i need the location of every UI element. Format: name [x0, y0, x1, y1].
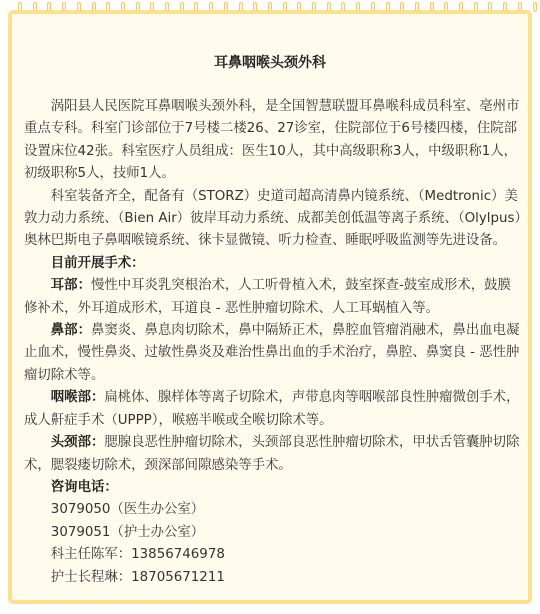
surgery-nose: 鼻部：鼻窦炎、鼻息肉切除术，鼻中隔矫正术，鼻腔血管瘤消融术，鼻出血电凝止血术，慢…	[24, 320, 522, 387]
contact-line: 科主任陈军：13856746978	[24, 544, 522, 566]
contact-line: 3079050（医生办公室）	[24, 499, 522, 521]
surgery-text: 鼻窦炎、鼻息肉切除术，鼻中隔矫正术，鼻腔血管瘤消融术，鼻出血电凝止血术，慢性鼻炎…	[24, 323, 519, 383]
surgeries-heading: 目前开展手术：	[24, 253, 522, 275]
contact-line: 护士长程琳：18705671211	[24, 567, 522, 589]
equipment-paragraph: 科室装备齐全，配备有（STORZ）史道司超高清鼻内镜系统、（Medtronic）…	[24, 186, 522, 253]
surgery-ear: 耳部：慢性中耳炎乳突根治术，人工听骨植入术，鼓室探查-鼓室成形术，鼓膜修补术，外…	[24, 275, 522, 320]
content-body: 涡阳县人民医院耳鼻咽喉头颈外科，是全国智慧联盟耳鼻喉科成员科室、亳州市重点专科。…	[24, 96, 522, 589]
surgery-head-neck: 头颈部：腮腺良恶性肿瘤切除术，头颈部良恶性肿瘤切除术，甲状舌管囊肿切除术，腮裂瘘…	[24, 432, 522, 477]
surgery-label: 鼻部：	[51, 323, 91, 338]
surgery-label: 耳部：	[51, 278, 91, 293]
notebook-card: 耳鼻咽喉头颈外科 涡阳县人民医院耳鼻咽喉头颈外科，是全国智慧联盟耳鼻喉科成员科室…	[8, 10, 532, 604]
ring-icon	[533, 2, 537, 12]
intro-paragraph: 涡阳县人民医院耳鼻咽喉头颈外科，是全国智慧联盟耳鼻喉科成员科室、亳州市重点专科。…	[24, 96, 522, 186]
surgery-label: 咽喉部：	[51, 390, 105, 405]
surgery-text: 慢性中耳炎乳突根治术，人工听骨植入术，鼓室探查-鼓室成形术，鼓膜修补术，外耳道成…	[24, 278, 511, 315]
page-title: 耳鼻咽喉头颈外科	[12, 52, 528, 72]
surgery-label: 头颈部：	[51, 435, 105, 450]
contact-line: 3079051（护士办公室）	[24, 522, 522, 544]
contact-heading: 咨询电话：	[24, 477, 522, 499]
surgery-throat: 咽喉部：扁桃体、腺样体等离子切除术，声带息肉等咽喉部良性肿瘤微创手术，成人鼾症手…	[24, 387, 522, 432]
